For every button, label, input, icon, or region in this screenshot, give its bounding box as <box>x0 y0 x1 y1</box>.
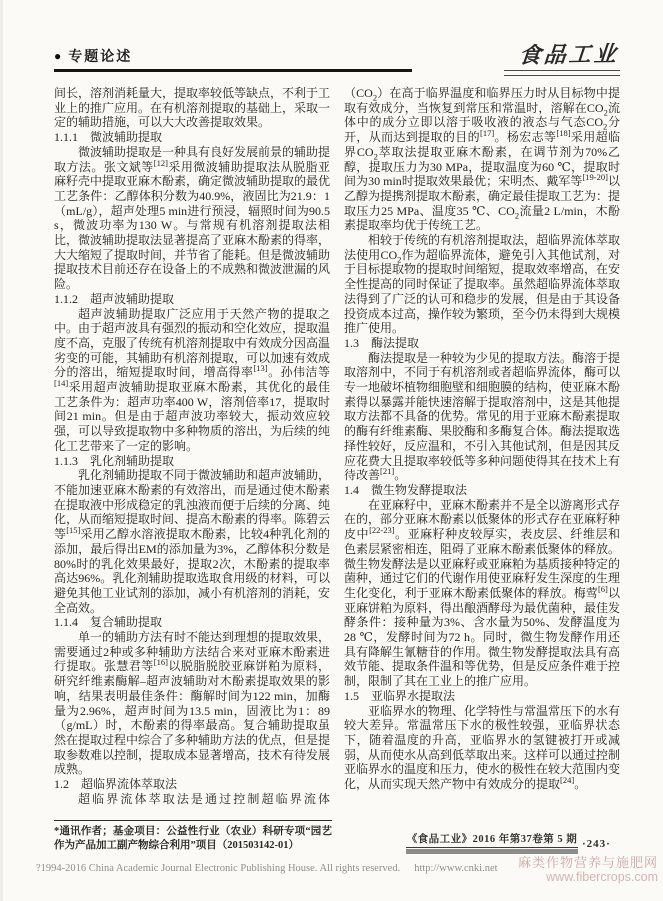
chemical-subscript: 2 <box>603 122 607 132</box>
left-column: 间长，溶剂消耗量大，提取率较低等缺点，不利于工业上的推广应用。在有机溶剂提取的基… <box>54 86 330 806</box>
bullet-icon: ● <box>54 50 61 62</box>
journal-page: ● 专题论述 食品工业 间长，溶剂消耗量大，提取率较低等缺点，不利于工业上的推广… <box>0 0 663 901</box>
paragraph: 酶法提取是一种较为少见的提取方法。酶溶于提取溶剂中，不同于有机溶剂或者超临界流体… <box>344 351 620 483</box>
chemical-subscript: 2 <box>604 107 608 117</box>
copyright-line: ?1994-2016 China Academic Journal Electr… <box>36 863 498 874</box>
journal-logo: 食品工业 <box>518 37 621 70</box>
paragraph: 亚临界水的物理、化学特性与常温常压下的水有较大差异。常温常压下水的极性较强，亚临… <box>344 704 620 792</box>
citation-ref: [19-20] <box>582 172 608 182</box>
copyright-text: ?1994-2016 China Academic Journal Electr… <box>36 863 400 874</box>
section-label: 专题论述 <box>68 46 132 66</box>
paragraph: 超声波辅助提取广泛应用于天然产物的提取之中。由于超声波具有强烈的振动和空化效应，… <box>54 307 330 454</box>
watermark: 麻类作物营养与施肥网 www.fibercrops.com <box>518 855 658 885</box>
section-heading: 1.1.1 微波辅助提取 <box>54 130 330 145</box>
header-rule <box>54 69 412 72</box>
section-heading: 1.1.3 乳化剂辅助提取 <box>54 454 330 469</box>
citation-ref: [21] <box>380 466 394 476</box>
citation-ref: [15] <box>66 525 80 535</box>
footnote: *通讯作者；基金项目：公益性行业（农业）科研专项“园艺作为产品加工副产物综合利用… <box>54 820 332 852</box>
section-heading: 1.1.2 超声波辅助提取 <box>54 292 330 307</box>
header-section-tag: ● 专题论述 <box>54 46 132 66</box>
section-heading: 1.5 亚临界水提取法 <box>344 689 620 704</box>
watermark-site-name: 麻类作物营养与施肥网 <box>518 855 658 870</box>
paragraph: 相较于传统的有机溶剂提取法，超临界流体萃取法使用CO2作为超临界流体，避免引入其… <box>344 233 620 336</box>
citation-ref: [22-23] <box>369 525 395 535</box>
citation-bar <box>406 849 578 854</box>
paragraph: 乳化剂辅助提取不同于微波辅助和超声波辅助，不能加速亚麻木酚素的有效溶出，而是通过… <box>54 468 330 615</box>
watermark-site-url: www.fibercrops.com <box>518 870 658 885</box>
citation-ref: [14] <box>54 378 68 388</box>
paragraph: 超临界流体萃取法是通过控制超临界流体 <box>54 792 330 807</box>
scan-edge-shadow <box>0 0 3 901</box>
chemical-subscript: 2 <box>373 92 377 102</box>
page-number: ·243· <box>582 838 611 850</box>
citation-ref: [12] <box>154 158 168 168</box>
chemical-subscript: 2 <box>515 210 519 220</box>
right-column: （CO2）在高于临界温度和临界压力时从目标物中提取有效成分，当恢复到常压和常温时… <box>344 86 620 806</box>
citation-ref: [24] <box>560 775 574 785</box>
citation-ref: [13] <box>253 363 267 373</box>
chemical-subscript: 2 <box>374 151 378 161</box>
citation-ref: [16] <box>154 657 168 667</box>
paragraph: 单一的辅助方法有时不能达到理想的提取效果，需要通过2种或多种辅助方法结合来对亚麻… <box>54 630 330 777</box>
journal-citation: 《食品工业》2016 年第37卷第 5 期 <box>406 829 578 854</box>
article-body: 间长，溶剂消耗量大，提取率较低等缺点，不利于工业上的推广应用。在有机溶剂提取的基… <box>54 86 620 806</box>
paragraph: 间长，溶剂消耗量大，提取率较低等缺点，不利于工业上的推广应用。在有机溶剂提取的基… <box>54 86 330 130</box>
copyright-url: http://www.cnki.net <box>414 863 497 874</box>
citation-ref: [6] <box>598 584 608 594</box>
section-heading: 1.4 微生物发酵提取法 <box>344 483 620 498</box>
citation-ref: [18] <box>556 128 570 138</box>
journal-issue: 《食品工业》2016 年第37卷第 5 期 <box>406 831 578 848</box>
section-heading: 1.2 超临界流体萃取法 <box>54 777 330 792</box>
paragraph: 微波辅助提取是一种具有良好发展前景的辅助提取方法。张文斌等[12]采用微波辅助提… <box>54 145 330 292</box>
section-heading: 1.3 酶法提取 <box>344 336 620 351</box>
section-heading: 1.1.4 复合辅助提取 <box>54 615 330 630</box>
citation-ref: [17] <box>480 128 494 138</box>
logo-underline <box>504 70 620 76</box>
paragraph: （CO2）在高于临界温度和临界压力时从目标物中提取有效成分，当恢复到常压和常温时… <box>344 86 620 233</box>
chemical-subscript: 2 <box>397 254 401 264</box>
paragraph: 在亚麻籽中，亚麻木酚素并不是全以游离形式存在的，部分亚麻木酚素以低聚体的形式存在… <box>344 498 620 689</box>
